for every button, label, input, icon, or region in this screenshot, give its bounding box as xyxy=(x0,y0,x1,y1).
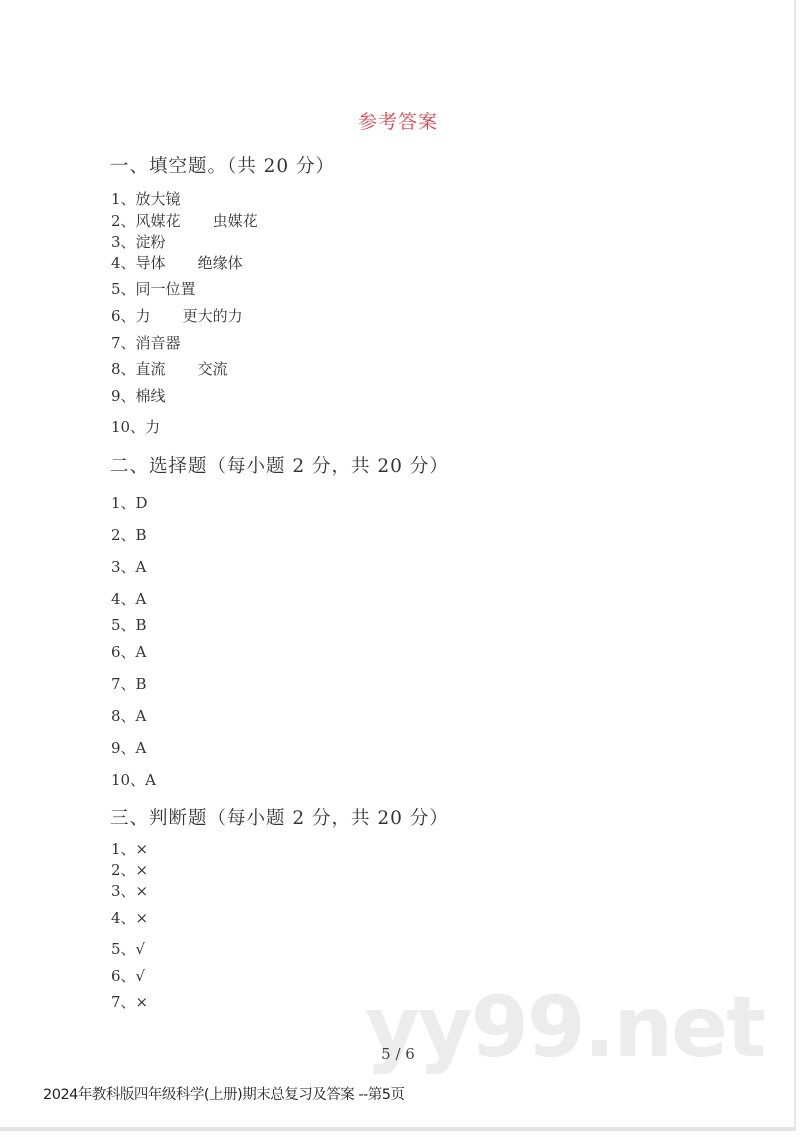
answer-item: 5、√ xyxy=(111,938,145,959)
answer-item: 4、A xyxy=(111,588,146,609)
answer-item: 6、A xyxy=(111,641,146,662)
item-answer: 风媒花 xyxy=(136,210,181,231)
section-heading-fill-in: 一、填空题。（共 20 分） xyxy=(110,152,335,178)
cross-mark-icon: × xyxy=(136,861,149,879)
item-answer: A xyxy=(145,771,156,789)
document-page: 参考答案 一、填空题。（共 20 分） 1、放大镜 2、风媒花虫媒花 3、淀粉 … xyxy=(0,0,796,1131)
answer-item: 1、D xyxy=(111,492,148,513)
answer-item: 9、A xyxy=(111,737,146,758)
item-number: 2、 xyxy=(111,859,136,880)
section-heading-multiple-choice: 二、选择题（每小题 2 分，共 20 分） xyxy=(110,452,449,478)
item-answer: A xyxy=(136,739,147,757)
item-number: 3、 xyxy=(111,880,136,901)
item-answer: 直流 xyxy=(136,358,166,379)
cross-mark-icon: × xyxy=(136,882,149,900)
answer-item: 4、× xyxy=(111,907,148,928)
item-number: 6、 xyxy=(111,641,136,662)
answer-item: 8、A xyxy=(111,705,146,726)
item-number: 5、 xyxy=(111,938,136,959)
document-title: 参考答案 xyxy=(0,107,796,134)
item-answer: 消音器 xyxy=(136,332,181,353)
item-number: 9、 xyxy=(111,737,136,758)
item-number: 8、 xyxy=(111,705,136,726)
answer-item: 6、力更大的力 xyxy=(111,305,243,326)
answer-item: 7、B xyxy=(111,673,147,694)
footer-caption: 2024年教科版四年级科学(上册)期末总复习及答案 --第5页 xyxy=(43,1083,405,1104)
item-answer: 同一位置 xyxy=(136,278,196,299)
item-answer: B xyxy=(136,675,147,693)
item-number: 10、 xyxy=(111,769,145,790)
answer-item: 6、√ xyxy=(111,965,145,986)
item-number: 5、 xyxy=(111,278,136,299)
item-answer-secondary: 更大的力 xyxy=(183,305,243,326)
cross-mark-icon: × xyxy=(136,993,149,1011)
item-number: 7、 xyxy=(111,332,136,353)
item-number: 2、 xyxy=(111,210,136,231)
item-answer: A xyxy=(136,643,147,661)
cross-mark-icon: × xyxy=(136,840,149,858)
answer-item: 8、直流交流 xyxy=(111,358,228,379)
item-number: 4、 xyxy=(111,907,136,928)
item-answer: 力 xyxy=(145,416,160,437)
item-answer: 棉线 xyxy=(136,385,166,406)
check-mark-icon: √ xyxy=(136,967,146,985)
cross-mark-icon: × xyxy=(136,909,149,927)
item-number: 3、 xyxy=(111,556,136,577)
item-answer: A xyxy=(136,590,147,608)
item-answer: 淀粉 xyxy=(136,231,166,252)
answer-item: 9、棉线 xyxy=(111,385,166,406)
item-number: 7、 xyxy=(111,991,136,1012)
item-number: 2、 xyxy=(111,524,136,545)
item-answer-secondary: 虫媒花 xyxy=(213,210,258,231)
item-answer: B xyxy=(136,526,147,544)
item-answer: D xyxy=(136,494,148,512)
item-answer: A xyxy=(136,558,147,576)
answer-item: 4、导体绝缘体 xyxy=(111,252,243,273)
item-answer: 放大镜 xyxy=(136,188,181,209)
item-number: 3、 xyxy=(111,231,136,252)
answer-item: 7、消音器 xyxy=(111,332,181,353)
item-number: 1、 xyxy=(111,838,136,859)
item-answer: 导体 xyxy=(136,252,166,273)
item-answer: B xyxy=(136,616,147,634)
check-mark-icon: √ xyxy=(136,940,146,958)
item-answer-secondary: 交流 xyxy=(198,358,228,379)
answer-item: 1、放大镜 xyxy=(111,188,181,209)
item-number: 10、 xyxy=(111,416,145,437)
answer-item: 10、A xyxy=(111,769,156,790)
item-number: 5、 xyxy=(111,614,136,635)
page-number: 5 / 6 xyxy=(0,1045,796,1063)
answer-item: 7、× xyxy=(111,991,148,1012)
answer-item: 3、A xyxy=(111,556,146,577)
item-answer: A xyxy=(136,707,147,725)
item-number: 1、 xyxy=(111,188,136,209)
section-heading-true-false: 三、判断题（每小题 2 分，共 20 分） xyxy=(110,804,449,830)
item-answer-secondary: 绝缘体 xyxy=(198,252,243,273)
item-number: 9、 xyxy=(111,385,136,406)
item-answer: 力 xyxy=(136,305,151,326)
answer-item: 3、× xyxy=(111,880,148,901)
answer-item: 5、同一位置 xyxy=(111,278,196,299)
item-number: 6、 xyxy=(111,965,136,986)
answer-item: 2、风媒花虫媒花 xyxy=(111,210,258,231)
answer-item: 2、× xyxy=(111,859,148,880)
answer-item: 2、B xyxy=(111,524,147,545)
item-number: 8、 xyxy=(111,358,136,379)
answer-item: 5、B xyxy=(111,614,147,635)
item-number: 1、 xyxy=(111,492,136,513)
item-number: 4、 xyxy=(111,252,136,273)
item-number: 6、 xyxy=(111,305,136,326)
item-number: 4、 xyxy=(111,588,136,609)
answer-item: 1、× xyxy=(111,838,148,859)
answer-item: 10、力 xyxy=(111,416,160,437)
item-number: 7、 xyxy=(111,673,136,694)
answer-item: 3、淀粉 xyxy=(111,231,166,252)
